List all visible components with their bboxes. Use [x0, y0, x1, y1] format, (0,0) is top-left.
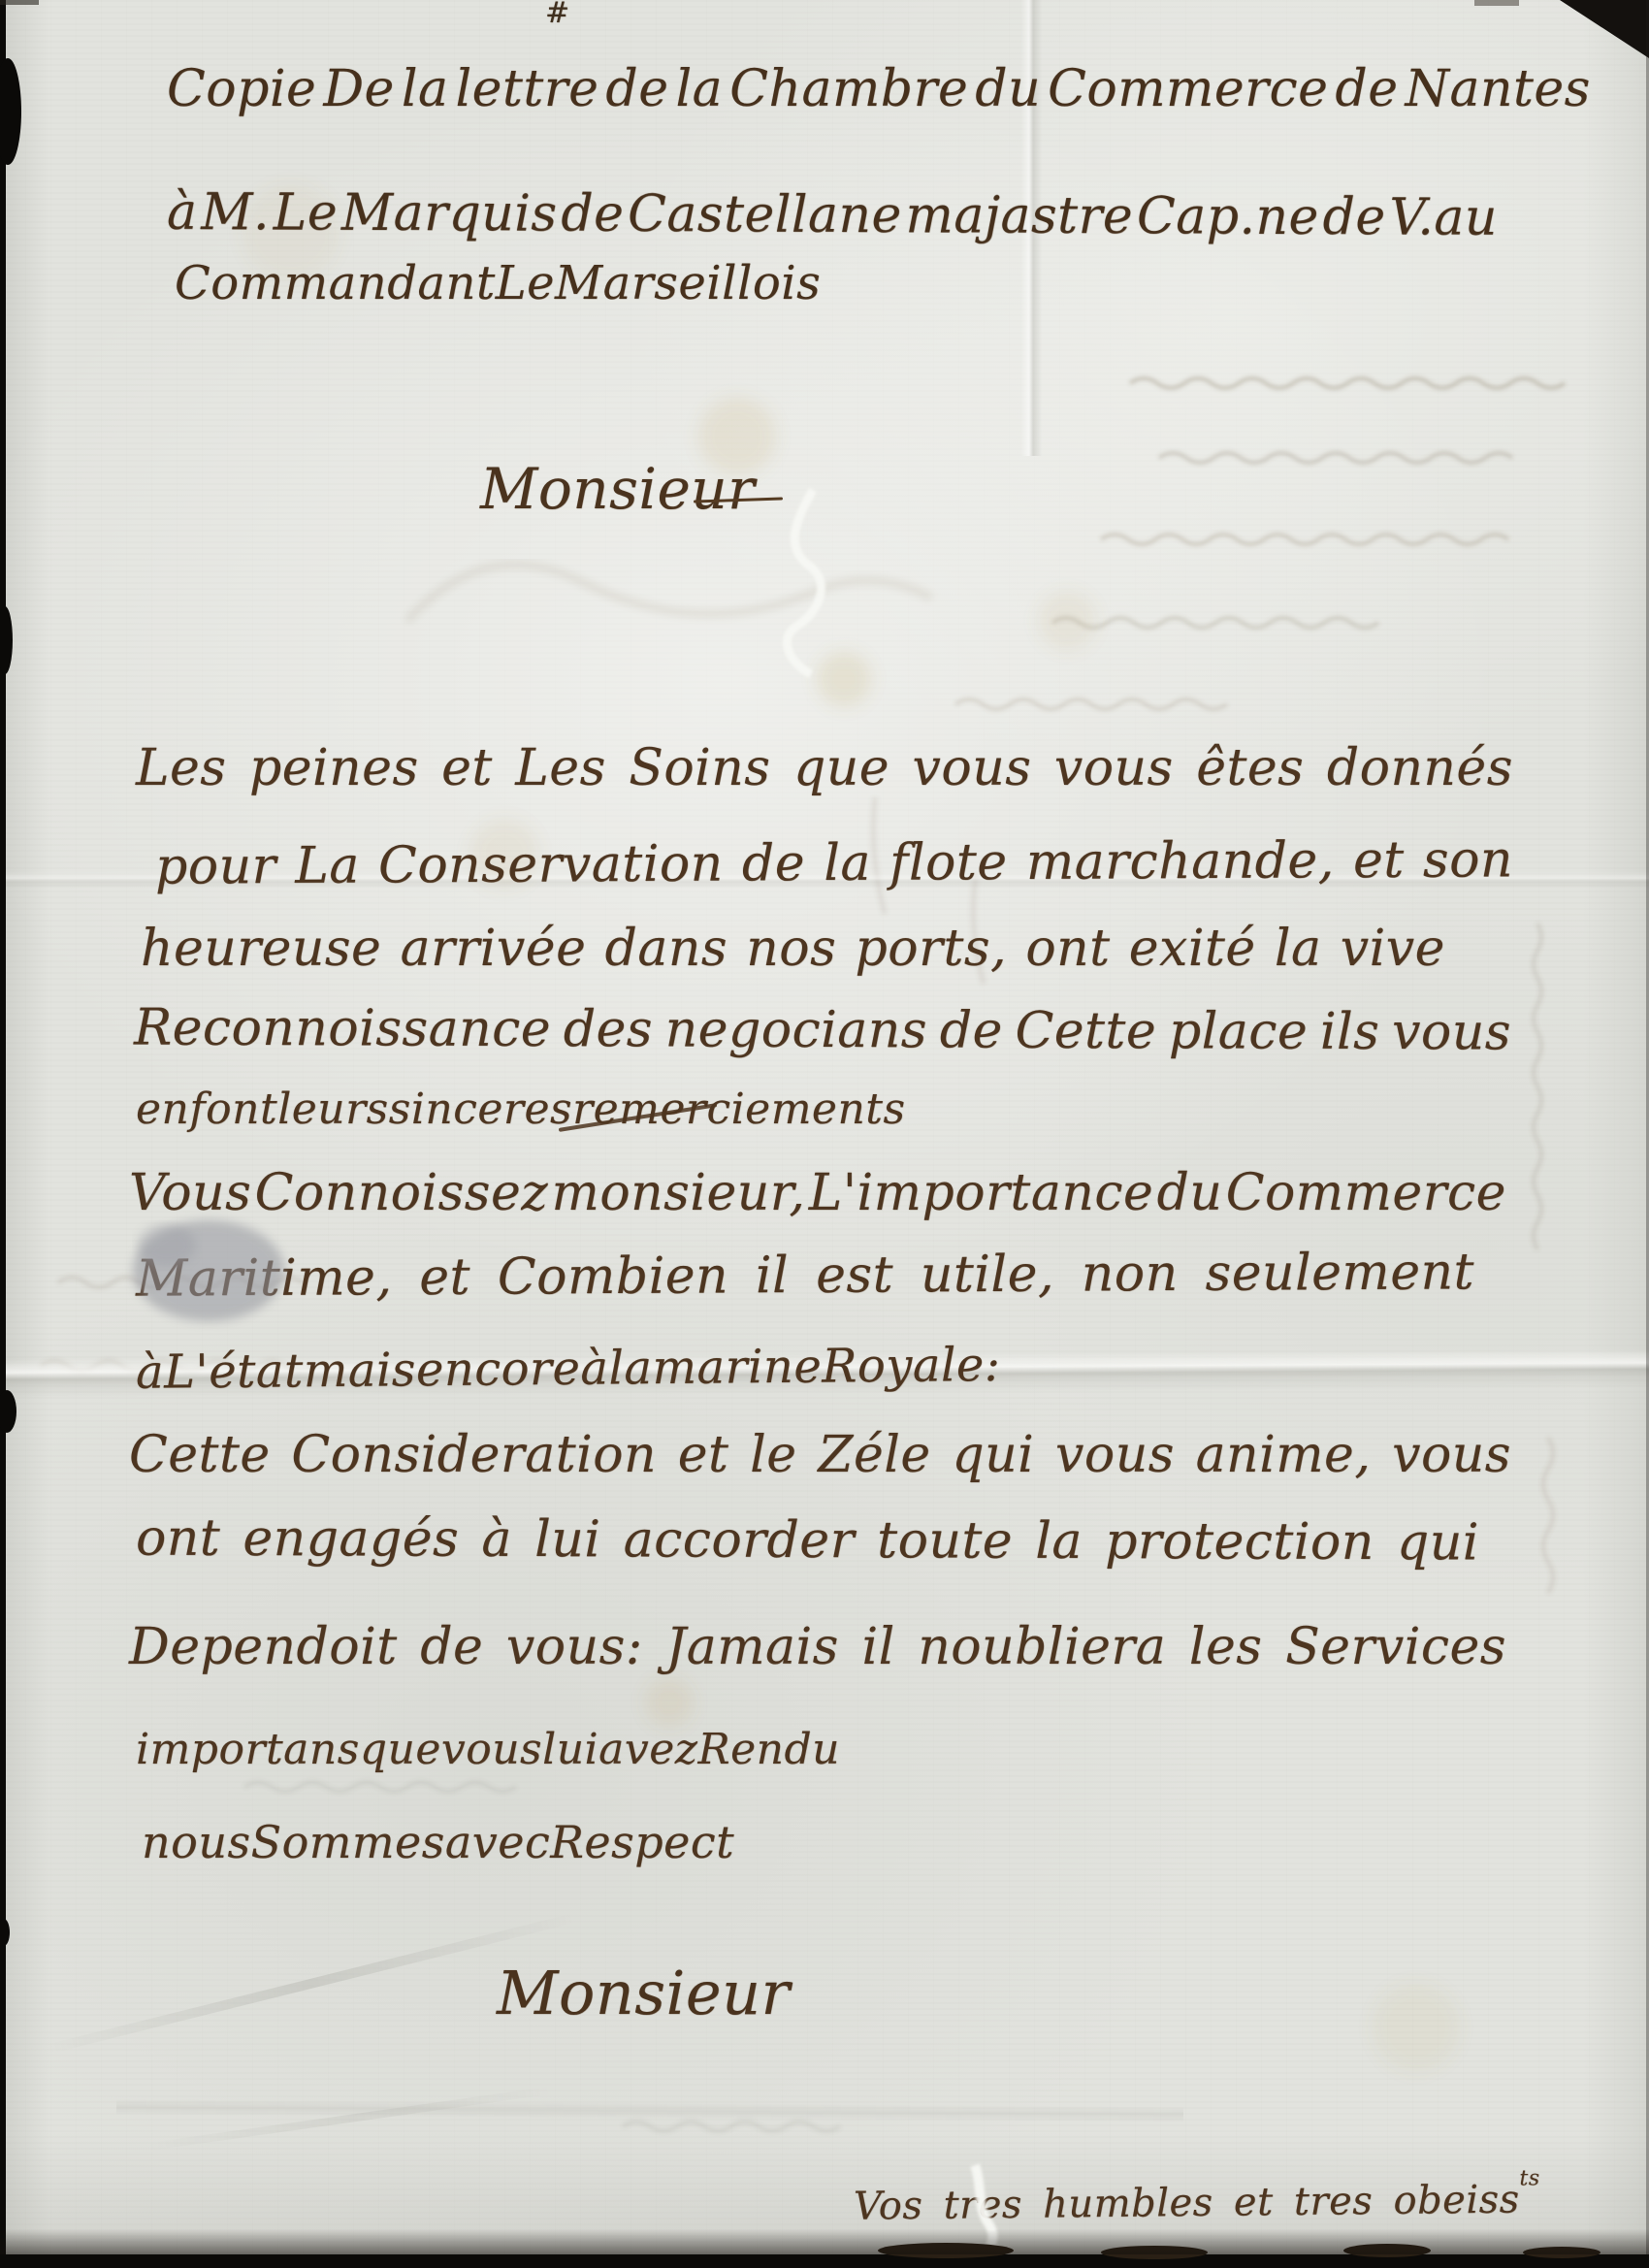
paper-wrinkle	[146, 2087, 551, 2151]
header-line-1: CopieDelalettredelaChambreduCommercedeNa…	[167, 60, 1591, 118]
body-line-11: Dependoitdevous:JamaisilnoublieralesServ…	[129, 1618, 1506, 1676]
valediction-superscript: ts	[1519, 2166, 1539, 2190]
body-line-8: àL'étatmaisencoreàlamarineRoyale:	[136, 1338, 980, 1400]
salutation: Monsieur	[480, 456, 755, 522]
scan-edge-bottom-shadow	[0, 2229, 1649, 2254]
scan-edge-top-mark	[1474, 0, 1519, 6]
scan-edge-left	[0, 0, 6, 2268]
next-page-ink-hint	[878, 2243, 1600, 2259]
scan-edge-top-mark	[0, 0, 39, 5]
body-line-13: nousSommesavecRespect	[142, 1816, 607, 1868]
body-line-10: ontengagésàluiaccordertoutelaprotectionq…	[136, 1509, 1479, 1572]
body-line-5: enfontleurssinceresremerciements	[136, 1085, 757, 1134]
scan-edge-bottom	[0, 2254, 1649, 2268]
body-line-4: ReconnoissancedesnegociansdeCetteplaceil…	[134, 999, 1511, 1062]
header-line-3: CommandantLeMarseillois	[175, 256, 718, 310]
body-line-12: importansquevousluiavezRendu	[136, 1725, 718, 1774]
header-line-2: àM.LeMarquisdeCastellanemajastreCap.nede…	[167, 183, 1498, 247]
body-line-9: CetteConsiderationetleZélequivousanime,v…	[129, 1426, 1511, 1484]
page-mark: #	[545, 0, 570, 30]
scan-edge-top-right-corner	[1560, 0, 1649, 58]
body-line-1: LespeinesetLesSoinsquevousvousêtesdonnés	[136, 739, 1513, 797]
body-line-2: pourLaConservationdelaflotemarchande,ets…	[155, 830, 1513, 895]
body-line-7: Maritime,etCombienilestutile,nonseulemen…	[136, 1243, 1474, 1308]
scan-edge-layer	[0, 0, 1649, 2268]
body-line-6: VousConnoissezmonsieur,L'importanceduCom…	[129, 1164, 1506, 1222]
closing-salutation: Monsieur	[497, 1958, 791, 2028]
valediction: Vos tres humbles et tres obeissts	[854, 2177, 1540, 2228]
show-through-flourish	[407, 565, 931, 621]
letter-page: # CopieDelalettredelaChambreduCommercede…	[0, 0, 1649, 2268]
damage-overlay-layer	[0, 0, 1649, 2268]
scan-edge-left-marks	[0, 58, 21, 1946]
body-line-3: heureusearrivéedansnosports,ontexitélavi…	[141, 920, 1445, 978]
show-through-layer	[0, 0, 1649, 2268]
valediction-text: Vos tres humbles et tres obeiss	[854, 2178, 1520, 2229]
fold-crease-horizontal-lower	[116, 2099, 1183, 2122]
